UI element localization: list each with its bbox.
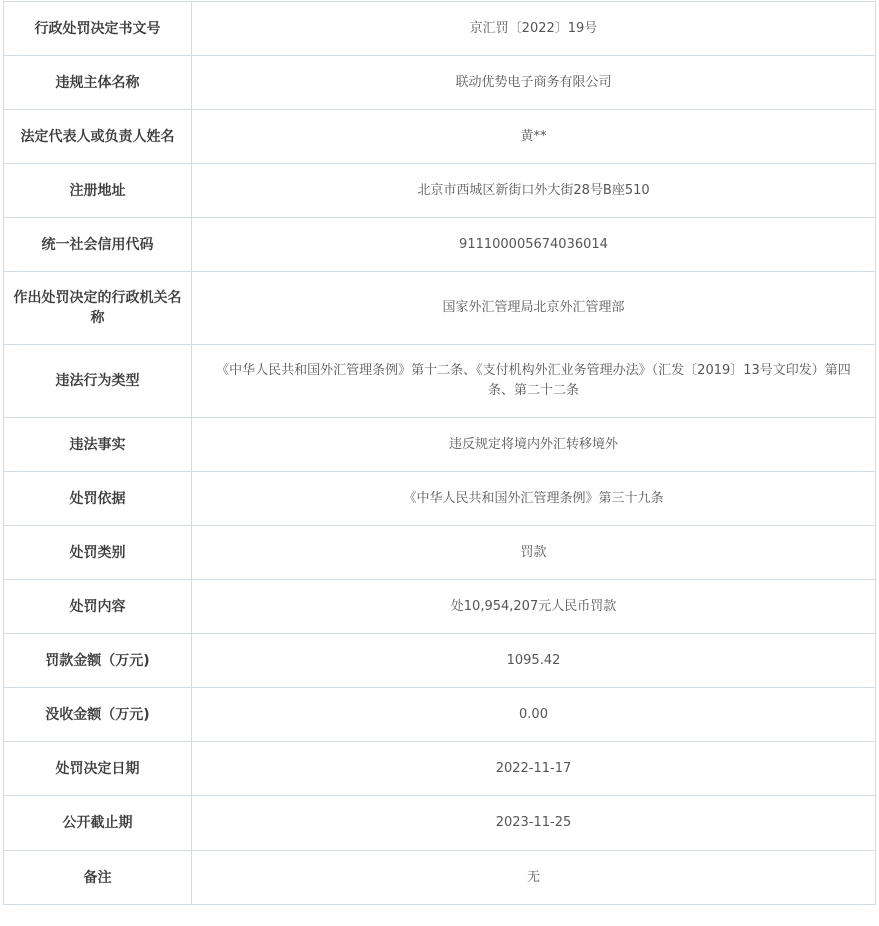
row-legal-representative: 法定代表人或负责人姓名 黄**	[4, 110, 876, 164]
row-confiscation-amount: 没收金额（万元) 0.00	[4, 688, 876, 742]
label-credit-code: 统一社会信用代码	[4, 218, 192, 272]
label-violation-facts: 违法事实	[4, 418, 192, 472]
value-credit-code: 911100005674036014	[192, 218, 876, 272]
row-violating-entity: 违规主体名称 联动优势电子商务有限公司	[4, 56, 876, 110]
label-registered-address: 注册地址	[4, 164, 192, 218]
value-violation-type: 《中华人民共和国外汇管理条例》第十二条、《支付机构外汇业务管理办法》（汇发〔20…	[192, 345, 876, 418]
value-remarks: 无	[192, 851, 876, 905]
value-legal-representative: 黄**	[192, 110, 876, 164]
row-disclosure-deadline: 公开截止期 2023-11-25	[4, 796, 876, 851]
value-disclosure-deadline: 2023-11-25	[192, 796, 876, 851]
value-confiscation-amount: 0.00	[192, 688, 876, 742]
label-fine-amount: 罚款金额（万元)	[4, 634, 192, 688]
label-decision-date: 处罚决定日期	[4, 742, 192, 796]
value-penalty-content: 处10,954,207元人民币罚款	[192, 580, 876, 634]
value-penalty-category: 罚款	[192, 526, 876, 580]
row-credit-code: 统一社会信用代码 911100005674036014	[4, 218, 876, 272]
row-document-number: 行政处罚决定书文号 京汇罚〔2022〕19号	[4, 2, 876, 56]
value-penalty-basis: 《中华人民共和国外汇管理条例》第三十九条	[192, 472, 876, 526]
row-fine-amount: 罚款金额（万元) 1095.42	[4, 634, 876, 688]
label-confiscation-amount: 没收金额（万元)	[4, 688, 192, 742]
label-penalty-basis: 处罚依据	[4, 472, 192, 526]
value-violation-facts: 违反规定将境内外汇转移境外	[192, 418, 876, 472]
label-disclosure-deadline: 公开截止期	[4, 796, 192, 851]
label-document-number: 行政处罚决定书文号	[4, 2, 192, 56]
value-decision-date: 2022-11-17	[192, 742, 876, 796]
value-fine-amount: 1095.42	[192, 634, 876, 688]
value-issuing-authority: 国家外汇管理局北京外汇管理部	[192, 272, 876, 345]
row-penalty-category: 处罚类别 罚款	[4, 526, 876, 580]
label-penalty-content: 处罚内容	[4, 580, 192, 634]
value-registered-address: 北京市西城区新街口外大街28号B座510	[192, 164, 876, 218]
value-document-number: 京汇罚〔2022〕19号	[192, 2, 876, 56]
label-violating-entity: 违规主体名称	[4, 56, 192, 110]
value-violating-entity: 联动优势电子商务有限公司	[192, 56, 876, 110]
row-penalty-content: 处罚内容 处10,954,207元人民币罚款	[4, 580, 876, 634]
row-violation-type: 违法行为类型 《中华人民共和国外汇管理条例》第十二条、《支付机构外汇业务管理办法…	[4, 345, 876, 418]
row-decision-date: 处罚决定日期 2022-11-17	[4, 742, 876, 796]
row-remarks: 备注 无	[4, 851, 876, 905]
row-issuing-authority: 作出处罚决定的行政机关名称 国家外汇管理局北京外汇管理部	[4, 272, 876, 345]
row-penalty-basis: 处罚依据 《中华人民共和国外汇管理条例》第三十九条	[4, 472, 876, 526]
penalty-info-table: 行政处罚决定书文号 京汇罚〔2022〕19号 违规主体名称 联动优势电子商务有限…	[3, 1, 876, 905]
label-violation-type: 违法行为类型	[4, 345, 192, 418]
label-legal-representative: 法定代表人或负责人姓名	[4, 110, 192, 164]
label-penalty-category: 处罚类别	[4, 526, 192, 580]
row-registered-address: 注册地址 北京市西城区新街口外大街28号B座510	[4, 164, 876, 218]
row-violation-facts: 违法事实 违反规定将境内外汇转移境外	[4, 418, 876, 472]
label-issuing-authority: 作出处罚决定的行政机关名称	[4, 272, 192, 345]
label-remarks: 备注	[4, 851, 192, 905]
